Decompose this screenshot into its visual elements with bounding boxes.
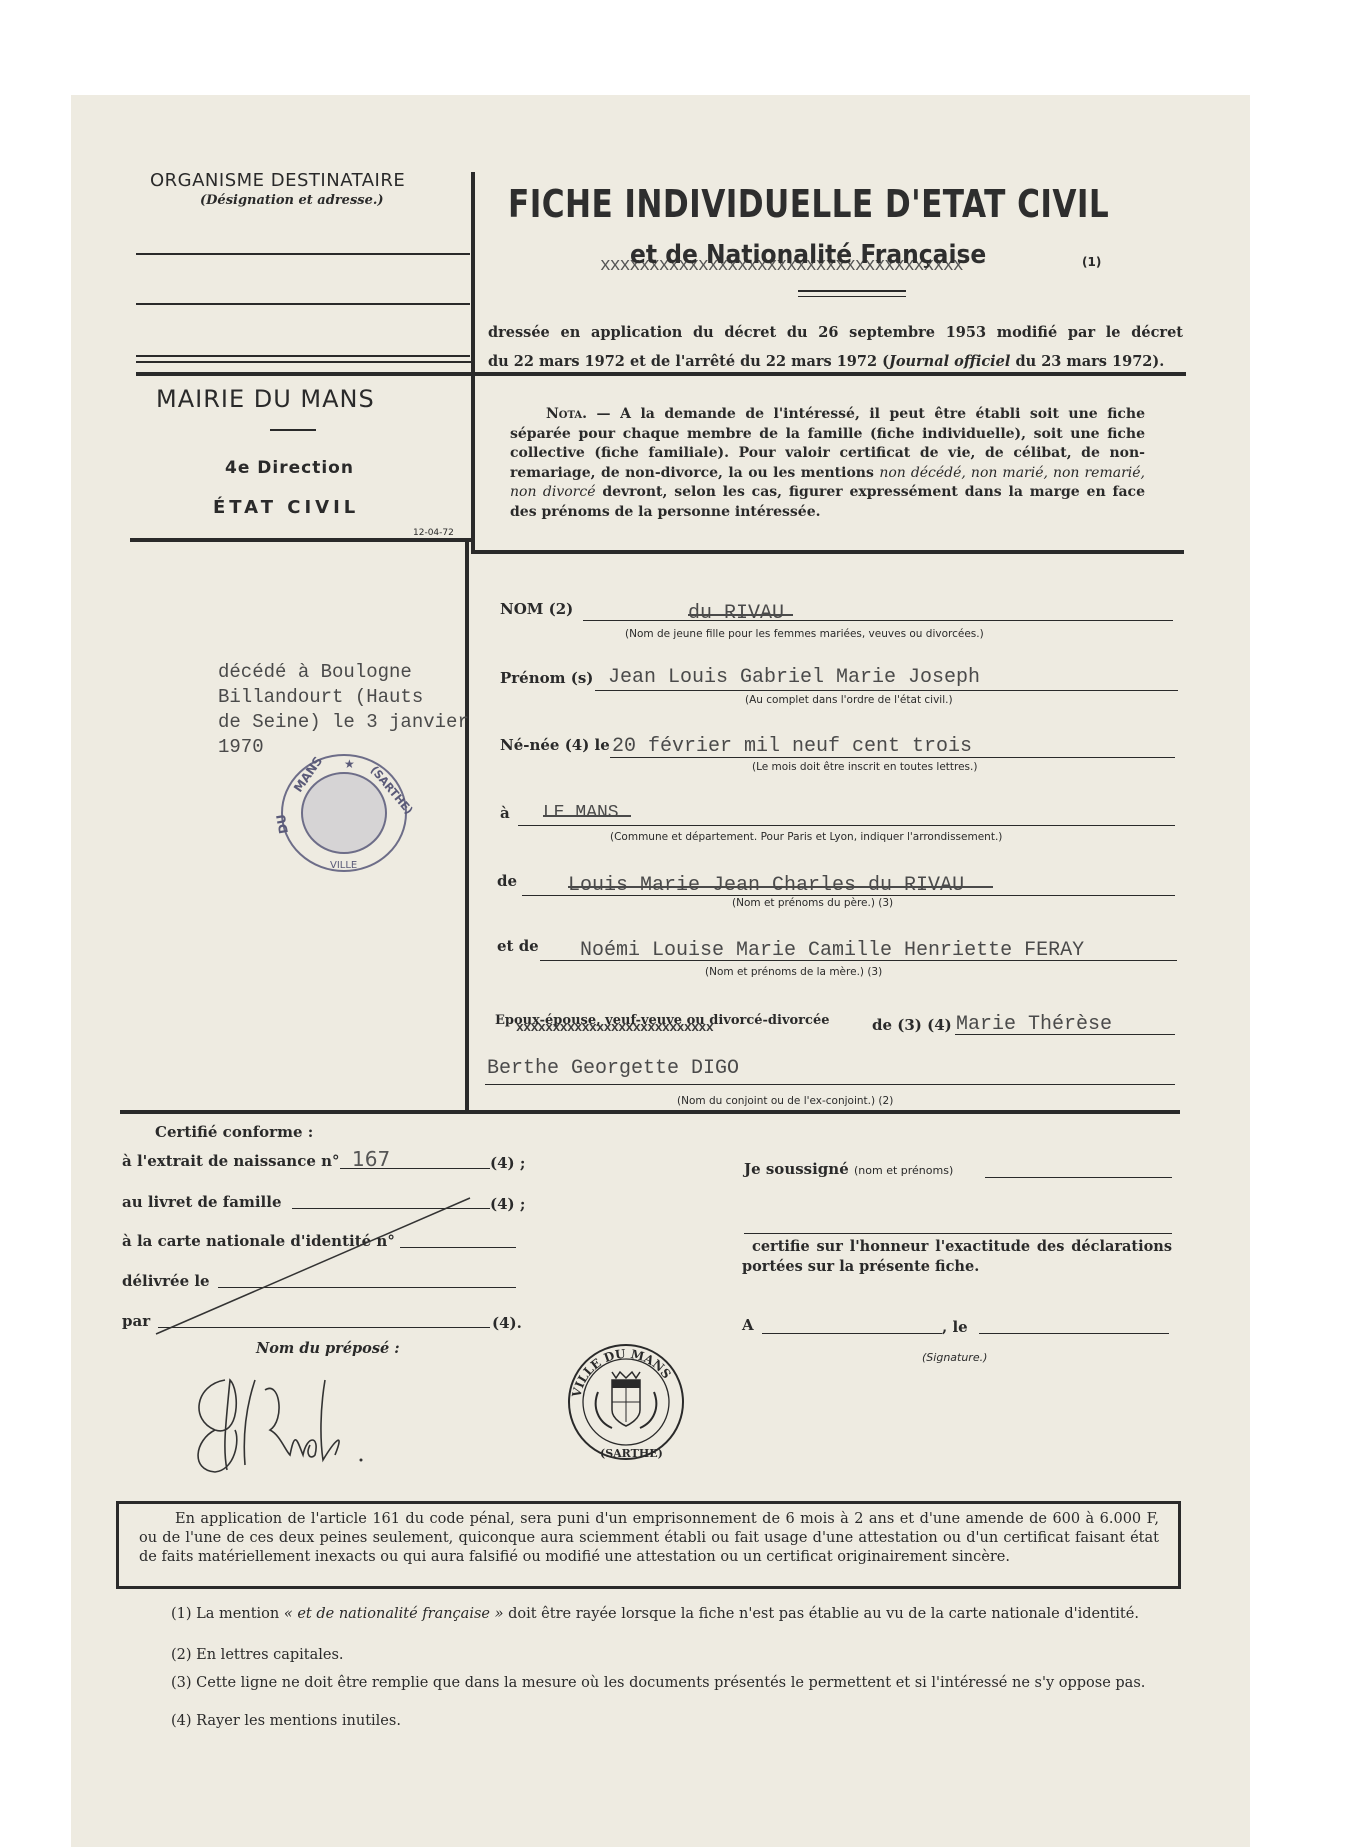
soussigne-label: Je soussigné (nom et prénoms) xyxy=(744,1160,953,1178)
conjoint-label-strikeout: xxxxxxxxxxxxxxxxxxxxxxxxxxx xyxy=(516,1020,713,1035)
signature-icon xyxy=(185,1360,375,1480)
organisme-line-1 xyxy=(136,253,470,255)
lieu-hint: (Commune et département. Pour Paris et L… xyxy=(610,831,1002,843)
column-divider-bottom xyxy=(465,540,469,1110)
footnote-1-text: (1) La mention xyxy=(171,1606,284,1622)
margin-note-line-1: décédé à Boulogne xyxy=(218,660,469,685)
stamp-icon: MANS ★ (SARTHE) DU VILLE xyxy=(270,748,418,878)
date-code: 12-04-72 xyxy=(413,528,454,538)
nota-paragraph: Nota. — A la demande de l'intéressé, il … xyxy=(510,405,1145,522)
conjoint-label-rest: de (3) (4) xyxy=(872,1016,952,1034)
naissance-hint: (Le mois doit être inscrit en toutes let… xyxy=(752,761,977,773)
conjoint-hint: (Nom du conjoint ou de l'ex-conjoint.) (… xyxy=(677,1095,893,1107)
margin-note-deces: décédé à Boulogne Billandourt (Hauts de … xyxy=(218,660,469,760)
mere-hint: (Nom et prénoms de la mère.) (3) xyxy=(705,966,882,978)
mairie-dash xyxy=(270,429,316,431)
decree-line-1: dressée en application du décret du 26 s… xyxy=(488,324,1183,341)
ink-stamp-ville-du-mans: MANS ★ (SARTHE) DU VILLE xyxy=(270,748,418,878)
livret-note: (4) ; xyxy=(490,1195,525,1213)
soussigne-line-2[interactable] xyxy=(744,1233,1172,1234)
prenoms-value[interactable]: Jean Louis Gabriel Marie Joseph xyxy=(608,666,980,689)
a-label: A xyxy=(742,1316,754,1334)
coat-of-arms-seal-icon: VILLE DU MANS (SARTHE) xyxy=(562,1342,690,1462)
organisme-line-3 xyxy=(136,355,470,357)
warning-text: En application de l'article 161 du code … xyxy=(139,1510,1159,1567)
soussigne-hint: (nom et prénoms) xyxy=(854,1164,953,1177)
margin-note-line-3: de Seine) le 3 janvier xyxy=(218,710,469,735)
svg-text:DU: DU xyxy=(274,813,291,835)
certifie-honneur-text: certifie sur l'honneur l'exactitude des … xyxy=(742,1237,1172,1277)
svg-text:★: ★ xyxy=(344,757,355,771)
svg-text:VILLE: VILLE xyxy=(330,860,357,871)
naissance-value[interactable]: 20 février mil neuf cent trois xyxy=(612,735,972,758)
mere-label: et de xyxy=(497,937,539,955)
title-underline-2 xyxy=(798,296,906,297)
naissance-label: Né-née (4) le xyxy=(500,736,610,754)
prenoms-line xyxy=(595,690,1178,691)
pere-strike xyxy=(568,886,993,888)
le-line[interactable] xyxy=(979,1333,1169,1334)
margin-note-line-2: Billandourt (Hauts xyxy=(218,685,469,710)
par-label: par xyxy=(122,1312,150,1330)
header-separator-rule xyxy=(136,372,1186,376)
mere-value[interactable]: Noémi Louise Marie Camille Henriette FER… xyxy=(580,939,1084,962)
seal-ville-du-mans: VILLE DU MANS (SARTHE) xyxy=(562,1342,690,1462)
mairie-title: MAIRIE DU MANS xyxy=(156,385,375,413)
nota-text-end: devront, selon les cas, figurer expressé… xyxy=(510,484,1145,520)
pere-label: de xyxy=(497,872,517,890)
mairie-direction: 4e Direction xyxy=(225,458,354,478)
diagonal-strike-icon xyxy=(150,1190,480,1340)
a-line[interactable] xyxy=(762,1333,942,1334)
nota-label: Nota. xyxy=(546,406,587,422)
organisme-title: ORGANISME DESTINATAIRE xyxy=(150,170,405,191)
soussigne-line-1[interactable] xyxy=(985,1177,1172,1178)
nota-bottom-rule xyxy=(472,550,1184,554)
prenoms-label: Prénom (s) xyxy=(500,669,593,687)
footnote-1: (1) La mention « et de nationalité franç… xyxy=(135,1606,1165,1623)
mairie-bottom-rule xyxy=(130,538,472,542)
conjoint-value-line-2[interactable]: Berthe Georgette DIGO xyxy=(487,1057,739,1080)
par-note: (4). xyxy=(492,1314,522,1332)
conjoint-value-line-1[interactable]: Marie Thérèse xyxy=(956,1013,1112,1036)
decree-italic: Journal officiel xyxy=(889,353,1010,370)
decree-text-end: du 23 mars 1972). xyxy=(1010,353,1164,370)
footnote-1-text-end: doit être rayée lorsque la fiche n'est p… xyxy=(503,1606,1138,1622)
organisme-line-2 xyxy=(136,303,470,305)
certifie-title: Certifié conforme : xyxy=(155,1123,313,1141)
extrait-note: (4) ; xyxy=(490,1154,525,1172)
decree-line-2: du 22 mars 1972 et de l'arrêté du 22 mar… xyxy=(488,353,1164,370)
subtitle-footnote-ref: (1) xyxy=(1082,255,1101,269)
soussigne-text: Je soussigné xyxy=(744,1160,849,1178)
nom-hint: (Nom de jeune fille pour les femmes mari… xyxy=(625,628,984,640)
extrait-value[interactable]: 167 xyxy=(352,1147,390,1171)
le-label: , le xyxy=(942,1318,968,1336)
nom-strike xyxy=(688,614,793,616)
lieu-line xyxy=(518,825,1175,826)
footnote-1-italic: « et de nationalité française » xyxy=(284,1606,504,1622)
decree-text: du 22 mars 1972 et de l'arrêté du 22 mar… xyxy=(488,353,889,370)
organisme-subtitle: (Désignation et adresse.) xyxy=(200,193,384,208)
warning-box: En application de l'article 161 du code … xyxy=(116,1501,1181,1589)
svg-text:(SARTHE): (SARTHE) xyxy=(600,1447,663,1460)
footnote-4: (4) Rayer les mentions inutiles. xyxy=(171,1711,401,1731)
prenoms-hint: (Au complet dans l'ordre de l'état civil… xyxy=(745,694,953,706)
mairie-top-thin-rule xyxy=(136,361,471,363)
pere-hint: (Nom et prénoms du père.) (3) xyxy=(732,897,893,909)
conjoint-line-2 xyxy=(485,1084,1175,1085)
extrait-label: à l'extrait de naissance n° xyxy=(122,1152,340,1170)
lieu-label: à xyxy=(500,804,510,822)
column-divider-top xyxy=(471,172,475,554)
signature-hint: (Signature.) xyxy=(922,1351,987,1364)
subtitle-nationalite: et de Nationalité Française xyxy=(630,240,986,270)
main-title: FICHE INDIVIDUELLE D'ETAT CIVIL xyxy=(508,182,1109,226)
footnote-2: (2) En lettres capitales. xyxy=(171,1645,344,1665)
fields-bottom-rule xyxy=(120,1110,1180,1114)
title-underline-1 xyxy=(798,290,906,292)
nom-label: NOM (2) xyxy=(500,600,573,618)
lieu-value[interactable]: LE MANS xyxy=(543,803,619,823)
nom-line xyxy=(583,620,1173,621)
footnote-3: (3) Cette ligne ne doit être remplie que… xyxy=(135,1675,1165,1692)
lieu-strike xyxy=(543,815,631,817)
prepose-label: Nom du préposé : xyxy=(256,1340,400,1357)
mairie-service: ÉTAT CIVIL xyxy=(213,497,359,518)
